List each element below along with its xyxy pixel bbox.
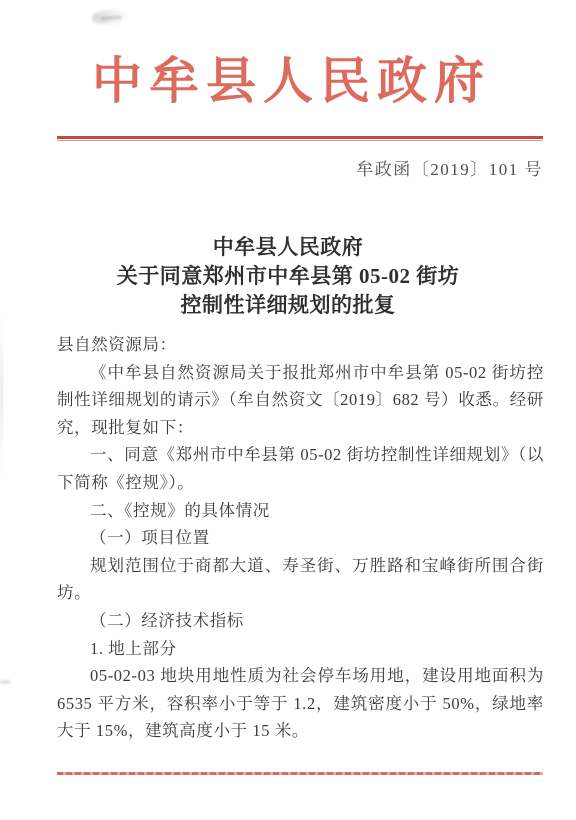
footer-rule xyxy=(57,772,543,775)
body-paragraph-location: 规划范围位于商都大道、寿圣街、万胜路和宝峰街所围合街坊。 xyxy=(57,552,544,607)
body-paragraph-item-1: 一、同意《郑州市中牟县第 05-02 街坊控制性详细规划》（以下简称《控规》）。 xyxy=(57,441,544,496)
body-paragraph-above-ground: 1. 地上部分 xyxy=(57,635,544,663)
letterhead-org-name: 中牟县人民政府 xyxy=(0,48,576,114)
body-paragraph-sub-1: （一）项目位置 xyxy=(57,524,544,552)
scan-smudge-artifact xyxy=(92,9,129,25)
body-paragraph-item-2: 二、《控规》的具体情况 xyxy=(57,497,544,525)
scan-edge-artifact xyxy=(0,680,10,684)
body-paragraph-indicators: 05-02-03 地块用地性质为社会停车场用地，建设用地面积为 6535 平方米… xyxy=(57,662,544,745)
document-title-line-1: 中牟县人民政府 xyxy=(0,233,576,262)
body-paragraph-sub-2: （二）经济技术指标 xyxy=(57,607,544,635)
document-page: 中牟县人民政府 牟政函〔2019〕101 号 中牟县人民政府 关于同意郑州市中牟… xyxy=(0,0,576,820)
document-title-line-3: 控制性详细规划的批复 xyxy=(0,291,576,320)
document-number: 牟政函〔2019〕101 号 xyxy=(356,155,543,180)
document-body: 县自然资源局： 《中牟县自然资源局关于报批郑州市中牟县第 05-02 街坊控制性… xyxy=(57,331,544,745)
salutation: 县自然资源局： xyxy=(57,331,544,359)
body-paragraph-intro: 《中牟县自然资源局关于报批郑州市中牟县第 05-02 街坊控制性详细规划的请示》… xyxy=(57,359,544,442)
document-title-line-2: 关于同意郑州市中牟县第 05-02 街坊 xyxy=(0,262,576,291)
scan-edge-artifact xyxy=(0,310,3,480)
letterhead-rule xyxy=(57,136,543,141)
document-title: 中牟县人民政府 关于同意郑州市中牟县第 05-02 街坊 控制性详细规划的批复 xyxy=(0,233,576,320)
